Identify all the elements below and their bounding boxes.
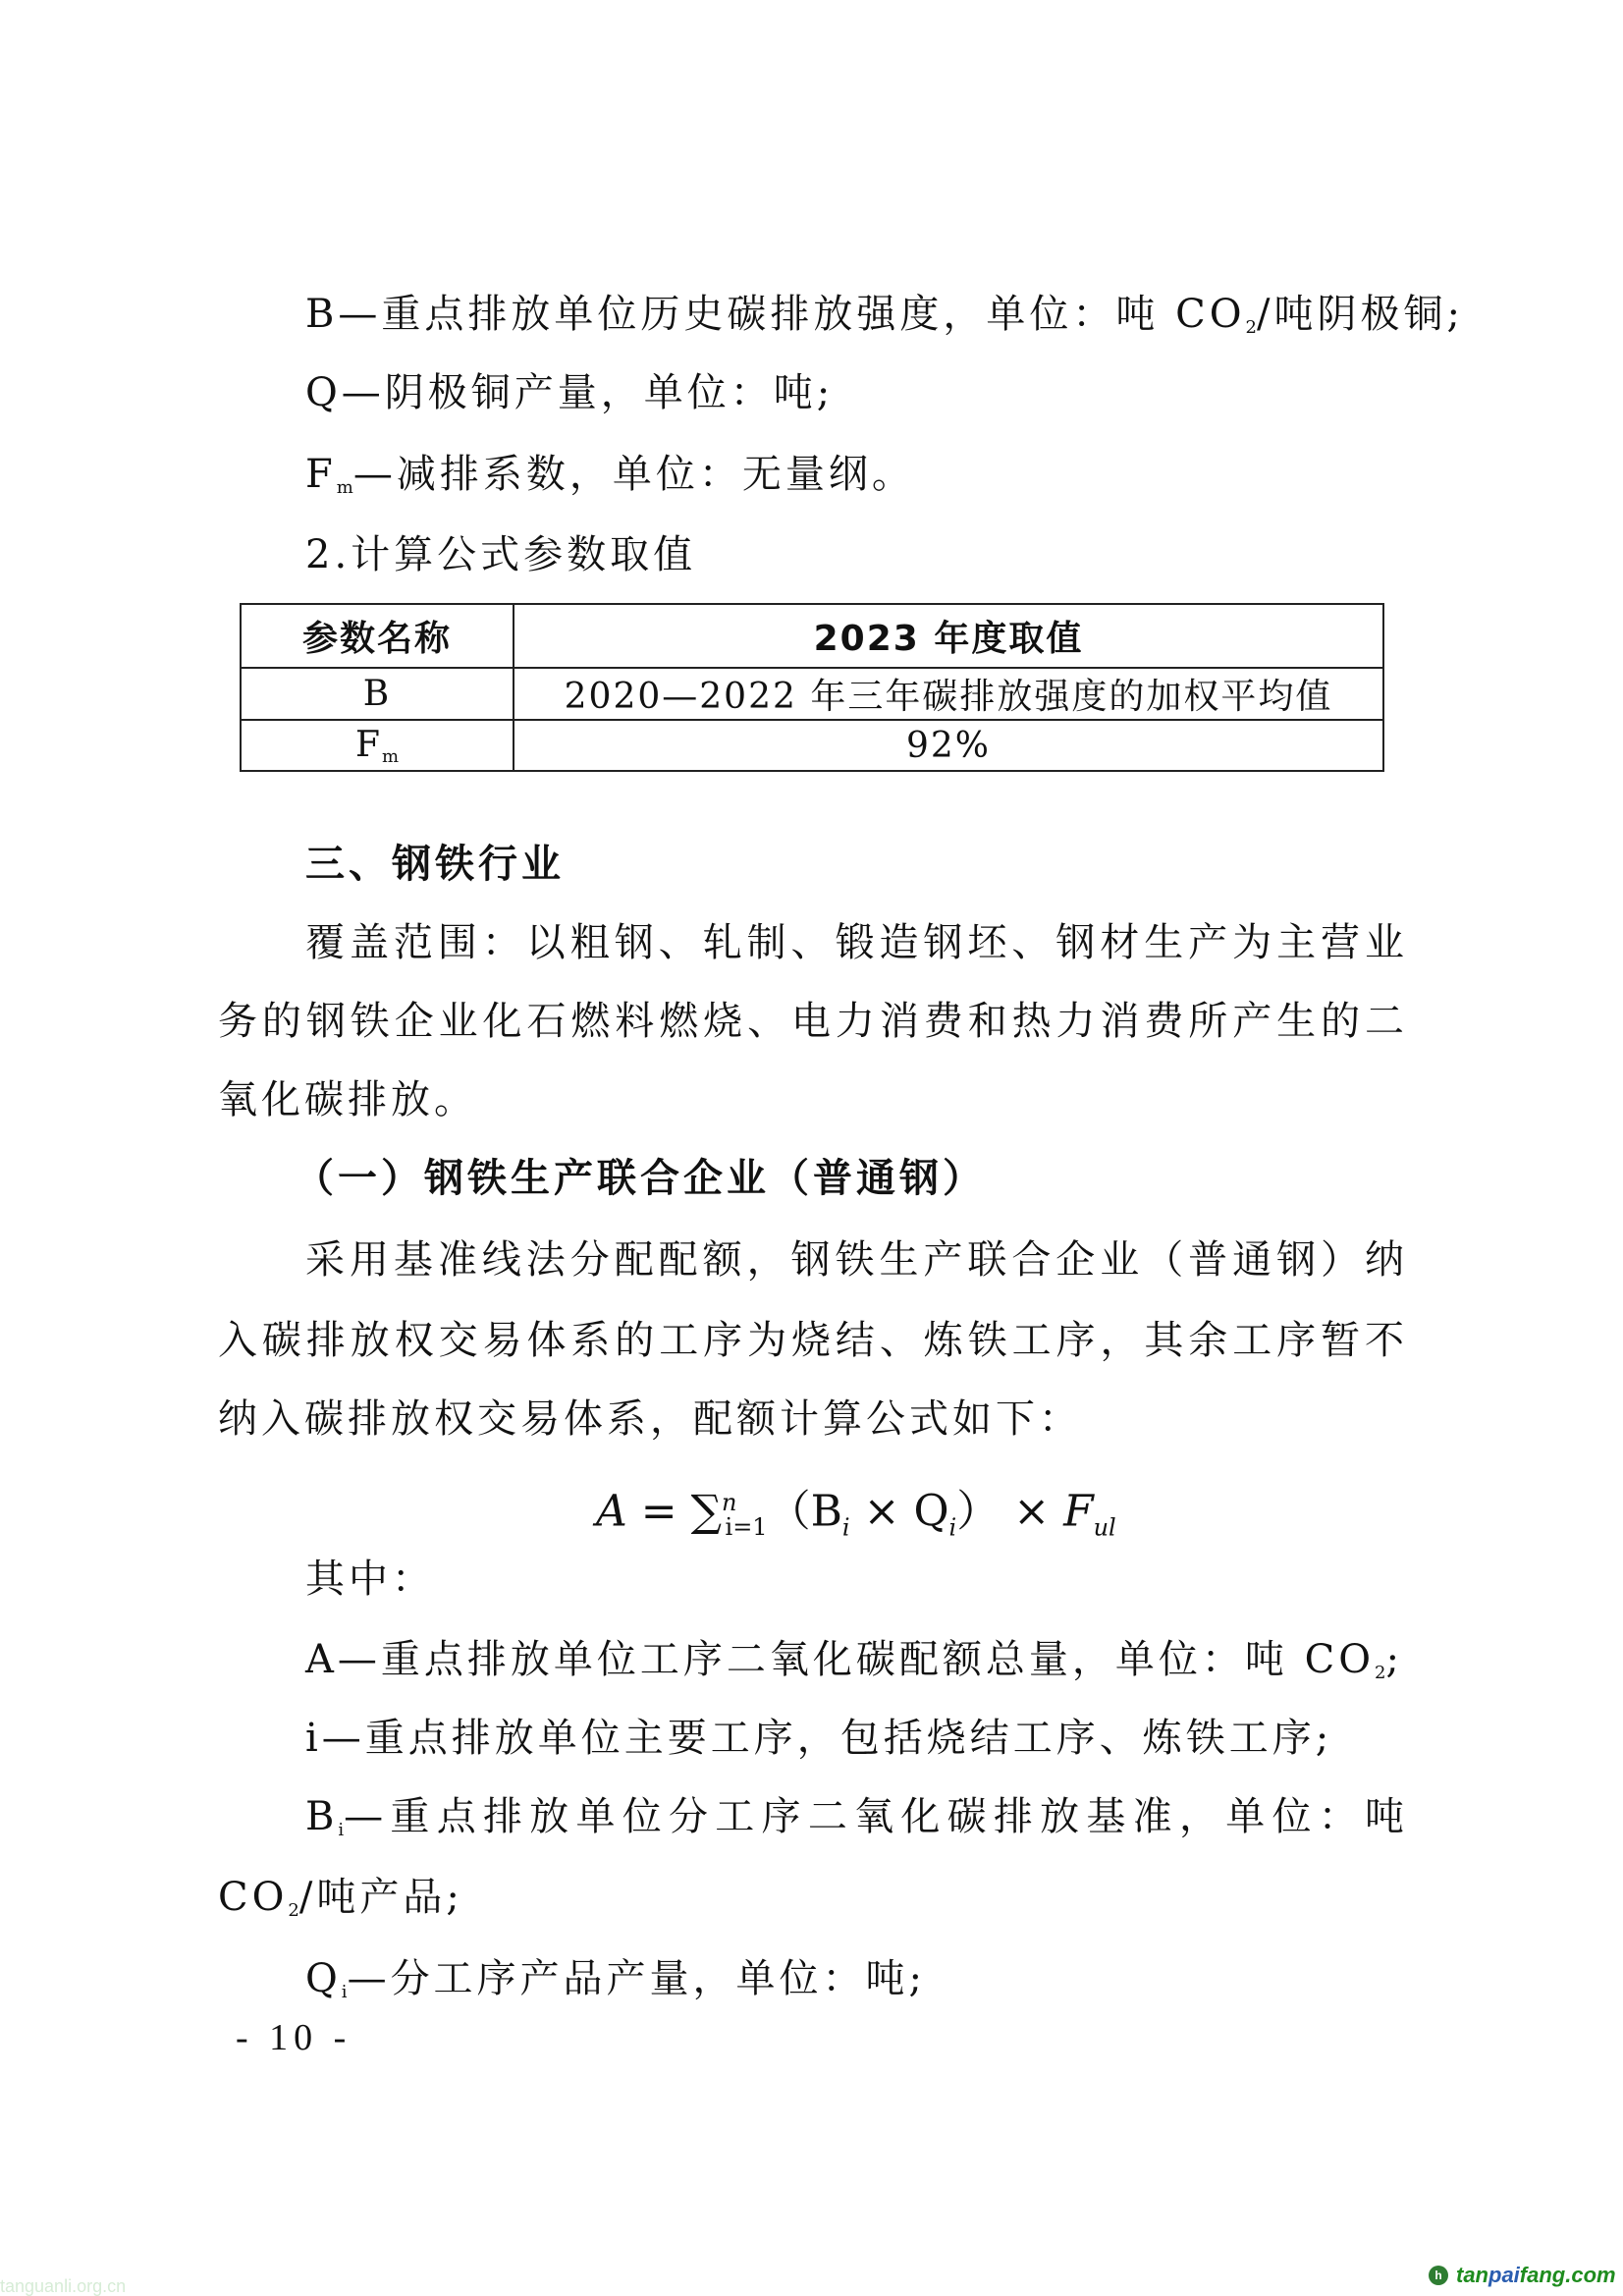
definition-q: Q—阴极铜产量，单位：吨; (305, 368, 1408, 417)
watermark-right: h tanpaifang.com (1429, 2263, 1616, 2288)
sum-lower: i=1 (726, 1513, 768, 1541)
definition-text: /吨阴极铜; (1257, 292, 1464, 337)
symbol: Q (305, 370, 342, 415)
definition-text: —重点排放单位历史碳排放强度，单位：吨 CO (338, 292, 1245, 337)
formula-eq: = (627, 1487, 691, 1537)
method-line-3: 纳入碳排放权交易体系，配额计算公式如下： (218, 1394, 1408, 1444)
parameter-table: 参数名称 2023 年度取值 B 2020—2022 年三年碳排放强度的加权平均… (240, 603, 1384, 772)
header-param-name: 参数名称 (241, 604, 514, 668)
param-value: 2020—2022 年三年碳排放强度的加权平均值 (514, 668, 1383, 720)
symbol: i (305, 1716, 322, 1761)
subscript: 2 (1246, 317, 1257, 338)
b-sub: i (842, 1513, 850, 1541)
watermark-text: fang.com (1520, 2263, 1616, 2288)
watermark-text: tan (1456, 2263, 1488, 2288)
coverage-line-3: 氧化碳排放。 (218, 1075, 1408, 1124)
definition-text: —重点排放单位分工序二氧化碳排放基准，单位：吨 (344, 1794, 1408, 1839)
coverage-line-1: 覆盖范围：以粗钢、轧制、锻造钢坯、钢材生产为主营业 (305, 918, 1408, 967)
definition-text: —阴极铜产量，单位：吨; (342, 370, 834, 415)
section-3-title: 三、钢铁行业 (305, 840, 1408, 889)
symbol: B (305, 292, 338, 337)
symbol: A (305, 1637, 338, 1682)
definition-text: —减排系数，单位：无量纲。 (353, 452, 915, 497)
definition-qi: Qi—分工序产品产量，单位：吨; (305, 1954, 1408, 2017)
formula-open: （B (768, 1487, 842, 1537)
param-symbol: F (355, 725, 382, 765)
definition-bi: Bi—重点排放单位分工序二氧化碳排放基准，单位：吨 (305, 1792, 1408, 1855)
tanpaifang-logo-icon: h (1429, 2266, 1448, 2285)
table-row: B 2020—2022 年三年碳排放强度的加权平均值 (241, 668, 1383, 720)
where-label: 其中： (305, 1555, 1408, 1604)
method-line-2: 入碳排放权交易体系的工序为烧结、炼铁工序，其余工序暂不 (218, 1316, 1408, 1365)
page-number: - 10 - (236, 2015, 352, 2060)
param-value: 92% (514, 720, 1383, 771)
formula-close: ） × (956, 1487, 1063, 1537)
watermark-left: tanguanli.org.cn (0, 2276, 126, 2296)
table-row: Fm 92% (241, 720, 1383, 771)
formula-lhs: A (596, 1487, 627, 1537)
definition-text: /吨产品; (299, 1875, 463, 1920)
definition-text: ; (1385, 1637, 1402, 1682)
definition-bi-cont: CO2/吨产品; (218, 1873, 1408, 1936)
definition-text: —重点排放单位主要工序，包括烧结工序、炼铁工序; (322, 1716, 1332, 1761)
symbol: Q (305, 1956, 342, 2001)
definition-fm: Fm—减排系数，单位：无量纲。 (305, 450, 1408, 513)
coverage-line-2: 务的钢铁企业化石燃料燃烧、电力消费和热力消费所产生的二 (218, 997, 1408, 1046)
method-line-1: 采用基准线法分配配额，钢铁生产联合企业（普通钢）纳 (305, 1235, 1408, 1285)
subsection-1-title: （一）钢铁生产联合企业（普通钢） (295, 1154, 1485, 1203)
watermark-text: pai (1488, 2263, 1520, 2288)
subscript: m (337, 477, 353, 498)
definition-b: B—重点排放单位历史碳排放强度，单位：吨 CO2/吨阴极铜; (305, 290, 1408, 353)
formula-f: F (1063, 1487, 1094, 1537)
symbol: F (305, 452, 337, 497)
formula-times: × Q (850, 1487, 949, 1537)
param-name: B (241, 668, 514, 720)
subscript: m (382, 746, 399, 767)
f-sub: ul (1094, 1513, 1116, 1541)
definition-i: i—重点排放单位主要工序，包括烧结工序、炼铁工序; (305, 1714, 1408, 1763)
param-name: Fm (241, 720, 514, 771)
definition-text: —分工序产品产量，单位：吨; (348, 1956, 926, 2001)
param-symbol: B (363, 674, 391, 714)
subscript: 2 (288, 1900, 298, 1921)
subsection-2-title: 2.计算公式参数取值 (305, 530, 1408, 579)
definition-text: —重点排放单位工序二氧化碳配额总量，单位：吨 CO (338, 1637, 1375, 1682)
table-header-row: 参数名称 2023 年度取值 (241, 604, 1383, 668)
definition-a: A—重点排放单位工序二氧化碳配额总量，单位：吨 CO2; (305, 1635, 1408, 1698)
symbol: B (305, 1794, 338, 1839)
subscript: 2 (1375, 1663, 1385, 1683)
header-2023-value: 2023 年度取值 (514, 604, 1383, 668)
symbol: CO (218, 1875, 288, 1920)
allocation-formula: A = ∑ni=1（Bi × Qi） × Ful (596, 1476, 1116, 1554)
sum-upper: n (722, 1489, 736, 1516)
sum-symbol: ∑ (691, 1487, 722, 1537)
